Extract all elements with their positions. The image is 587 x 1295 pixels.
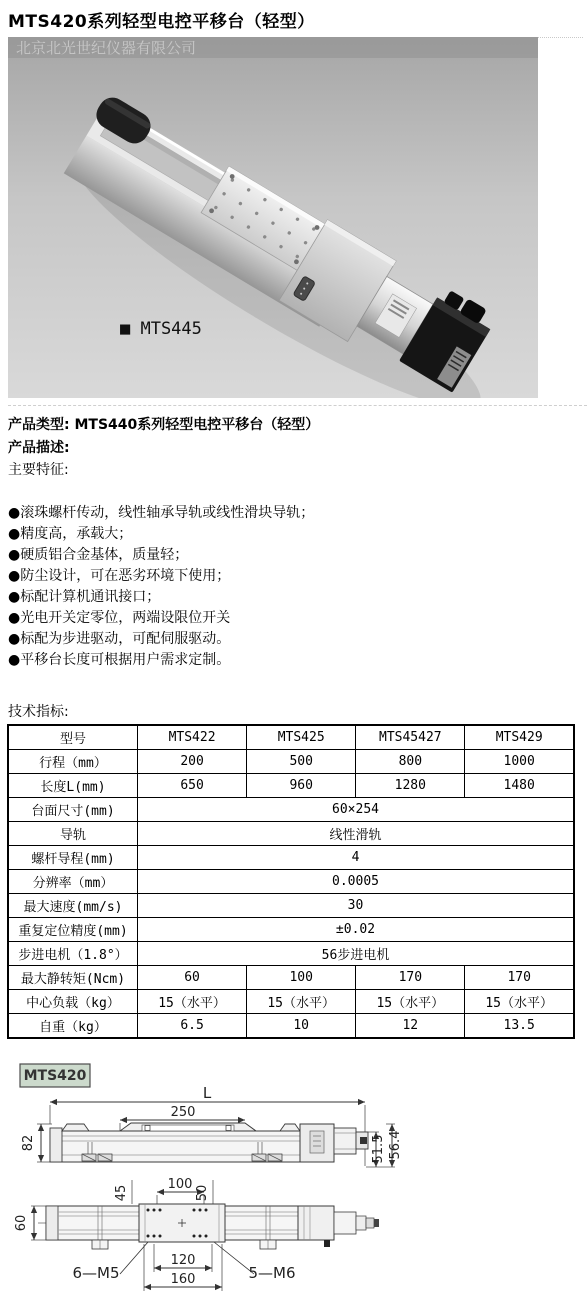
spec-cell: 6.5 <box>138 1014 247 1039</box>
feature-item: ●标配计算机通讯接口； <box>8 587 314 608</box>
spec-row-label: 螺杆导程(mm) <box>8 846 138 870</box>
spec-row: 最大静转矩(Ncm)60100170170 <box>8 966 574 990</box>
photo-caption: ■ MTS445 <box>120 319 202 339</box>
spec-cell-span: 60×254 <box>138 798 575 822</box>
dim-60: 60 <box>14 1215 29 1232</box>
product-type-value: MTS440系列轻型电控平移台（轻型） <box>74 417 319 433</box>
dim-50: 50 <box>195 1185 210 1202</box>
spec-header-model: MTS422 <box>138 725 247 750</box>
leader-5-M6 <box>214 1242 254 1274</box>
spec-row-label: 重复定位精度(mm) <box>8 918 138 942</box>
spec-cell: 960 <box>247 774 356 798</box>
spec-row: 导轨线性滑轨 <box>8 822 574 846</box>
watermark-text: 北京北光世纪仪器有限公司 <box>16 39 196 57</box>
spec-row-label: 步进电机（1.8°） <box>8 942 138 966</box>
spec-row-label: 台面尺寸(mm) <box>8 798 138 822</box>
spec-cell-span: 4 <box>138 846 575 870</box>
dim-82: 82 <box>21 1135 36 1152</box>
feature-item: ●光电开关定零位，两端设限位开关 <box>8 608 314 629</box>
spec-cell: 500 <box>247 750 356 774</box>
feature-item: ●标配为步进驱动，可配伺服驱动。 <box>8 629 314 650</box>
spec-cell: 10 <box>247 1014 356 1039</box>
feature-item: ●精度高，承载大； <box>8 524 314 545</box>
spec-header-model: MTS425 <box>247 725 356 750</box>
spec-header-model: MTS429 <box>465 725 574 750</box>
spec-cell: 15（水平） <box>247 990 356 1014</box>
spec-row-label: 行程（mm） <box>8 750 138 774</box>
product-type-label: 产品类型: <box>8 417 70 433</box>
spec-cell: 100 <box>247 966 356 990</box>
spec-cell-span: 30 <box>138 894 575 918</box>
top-view-body <box>46 1204 379 1249</box>
spec-row: 长度L(mm)65096012801480 <box>8 774 574 798</box>
product-photo: 北京北光世纪仪器有限公司 <box>8 37 538 398</box>
spec-cell: 200 <box>138 750 247 774</box>
separator-line <box>8 405 587 406</box>
side-view-body <box>50 1123 368 1162</box>
product-photo-canvas: 北京北光世纪仪器有限公司 <box>8 37 538 398</box>
dim-160: 160 <box>171 1272 196 1287</box>
dim-L: L <box>203 1084 212 1102</box>
dim-120: 120 <box>171 1253 196 1268</box>
spec-cell: 12 <box>356 1014 465 1039</box>
spec-row: 分辨率（mm）0.0005 <box>8 870 574 894</box>
spec-cell-span: 线性滑轨 <box>138 822 575 846</box>
label-5-M6: 5—M6 <box>248 1264 295 1282</box>
spec-table: 型号MTS422MTS425MTS45427MTS429行程（mm）200500… <box>7 724 575 1039</box>
spec-row: 台面尺寸(mm)60×254 <box>8 798 574 822</box>
product-description-label: 产品描述: <box>8 437 70 457</box>
spec-cell: 15（水平） <box>465 990 574 1014</box>
spec-cell: 650 <box>138 774 247 798</box>
spec-cell: 60 <box>138 966 247 990</box>
spec-row-label: 最大静转矩(Ncm) <box>8 966 138 990</box>
spec-cell: 1280 <box>356 774 465 798</box>
label-6-M5: 6—M5 <box>72 1264 119 1282</box>
spec-cell-span: ±0.02 <box>138 918 575 942</box>
spec-header-label: 型号 <box>8 725 138 750</box>
dim-56-4: 56.4 <box>388 1131 403 1160</box>
spec-cell: 170 <box>356 966 465 990</box>
feature-item: ●防尘设计，可在恶劣环境下使用； <box>8 566 314 587</box>
feature-item: ●平移台长度可根据用户需求定制。 <box>8 650 314 671</box>
dim-51-5: 51.5 <box>371 1135 386 1164</box>
spec-cell: 170 <box>465 966 574 990</box>
spec-row-label: 长度L(mm) <box>8 774 138 798</box>
features-label: 主要特征: <box>8 459 69 479</box>
spec-row-label: 分辨率（mm） <box>8 870 138 894</box>
spec-cell: 1000 <box>465 750 574 774</box>
feature-item: ●滚珠螺杆传动，线性轴承导轨或线性滑块导轨； <box>8 503 314 524</box>
spec-row-label: 最大速度(mm/s) <box>8 894 138 918</box>
spec-cell-span: 0.0005 <box>138 870 575 894</box>
spec-row: 行程（mm）2005008001000 <box>8 750 574 774</box>
spec-row: 自重（kg）6.5101213.5 <box>8 1014 574 1039</box>
spec-cell-span: 56步进电机 <box>138 942 575 966</box>
spec-header-model: MTS45427 <box>356 725 465 750</box>
feature-list: ●滚珠螺杆传动，线性轴承导轨或线性滑块导轨；●精度高，承载大；●硬质铝合金基体，… <box>8 503 314 671</box>
spec-row: 重复定位精度(mm)±0.02 <box>8 918 574 942</box>
spec-cell: 15（水平） <box>356 990 465 1014</box>
technical-drawing: MTS420 L 250 82 51.5 56.4 <box>8 1058 568 1295</box>
spec-row: 最大速度(mm/s)30 <box>8 894 574 918</box>
product-type-line: 产品类型: MTS440系列轻型电控平移台（轻型） <box>8 414 319 434</box>
page-title: MTS420系列轻型电控平移台（轻型） <box>8 0 583 38</box>
feature-item: ●硬质铝合金基体，质量轻； <box>8 545 314 566</box>
dim-250: 250 <box>171 1105 196 1120</box>
dim-45: 45 <box>114 1185 129 1202</box>
spec-row-label: 中心负载（kg） <box>8 990 138 1014</box>
specs-section-label: 技术指标: <box>8 701 69 721</box>
spec-cell: 1480 <box>465 774 574 798</box>
spec-cell: 15（水平） <box>138 990 247 1014</box>
spec-row-label: 导轨 <box>8 822 138 846</box>
dim-100: 100 <box>168 1177 193 1192</box>
spec-row: 步进电机（1.8°）56步进电机 <box>8 942 574 966</box>
spec-row: 螺杆导程(mm)4 <box>8 846 574 870</box>
spec-cell: 13.5 <box>465 1014 574 1039</box>
spec-row-label: 自重（kg） <box>8 1014 138 1039</box>
spec-cell: 800 <box>356 750 465 774</box>
model-label-text: MTS420 <box>24 1068 87 1084</box>
spec-row: 中心负载（kg）15（水平）15（水平）15（水平）15（水平） <box>8 990 574 1014</box>
